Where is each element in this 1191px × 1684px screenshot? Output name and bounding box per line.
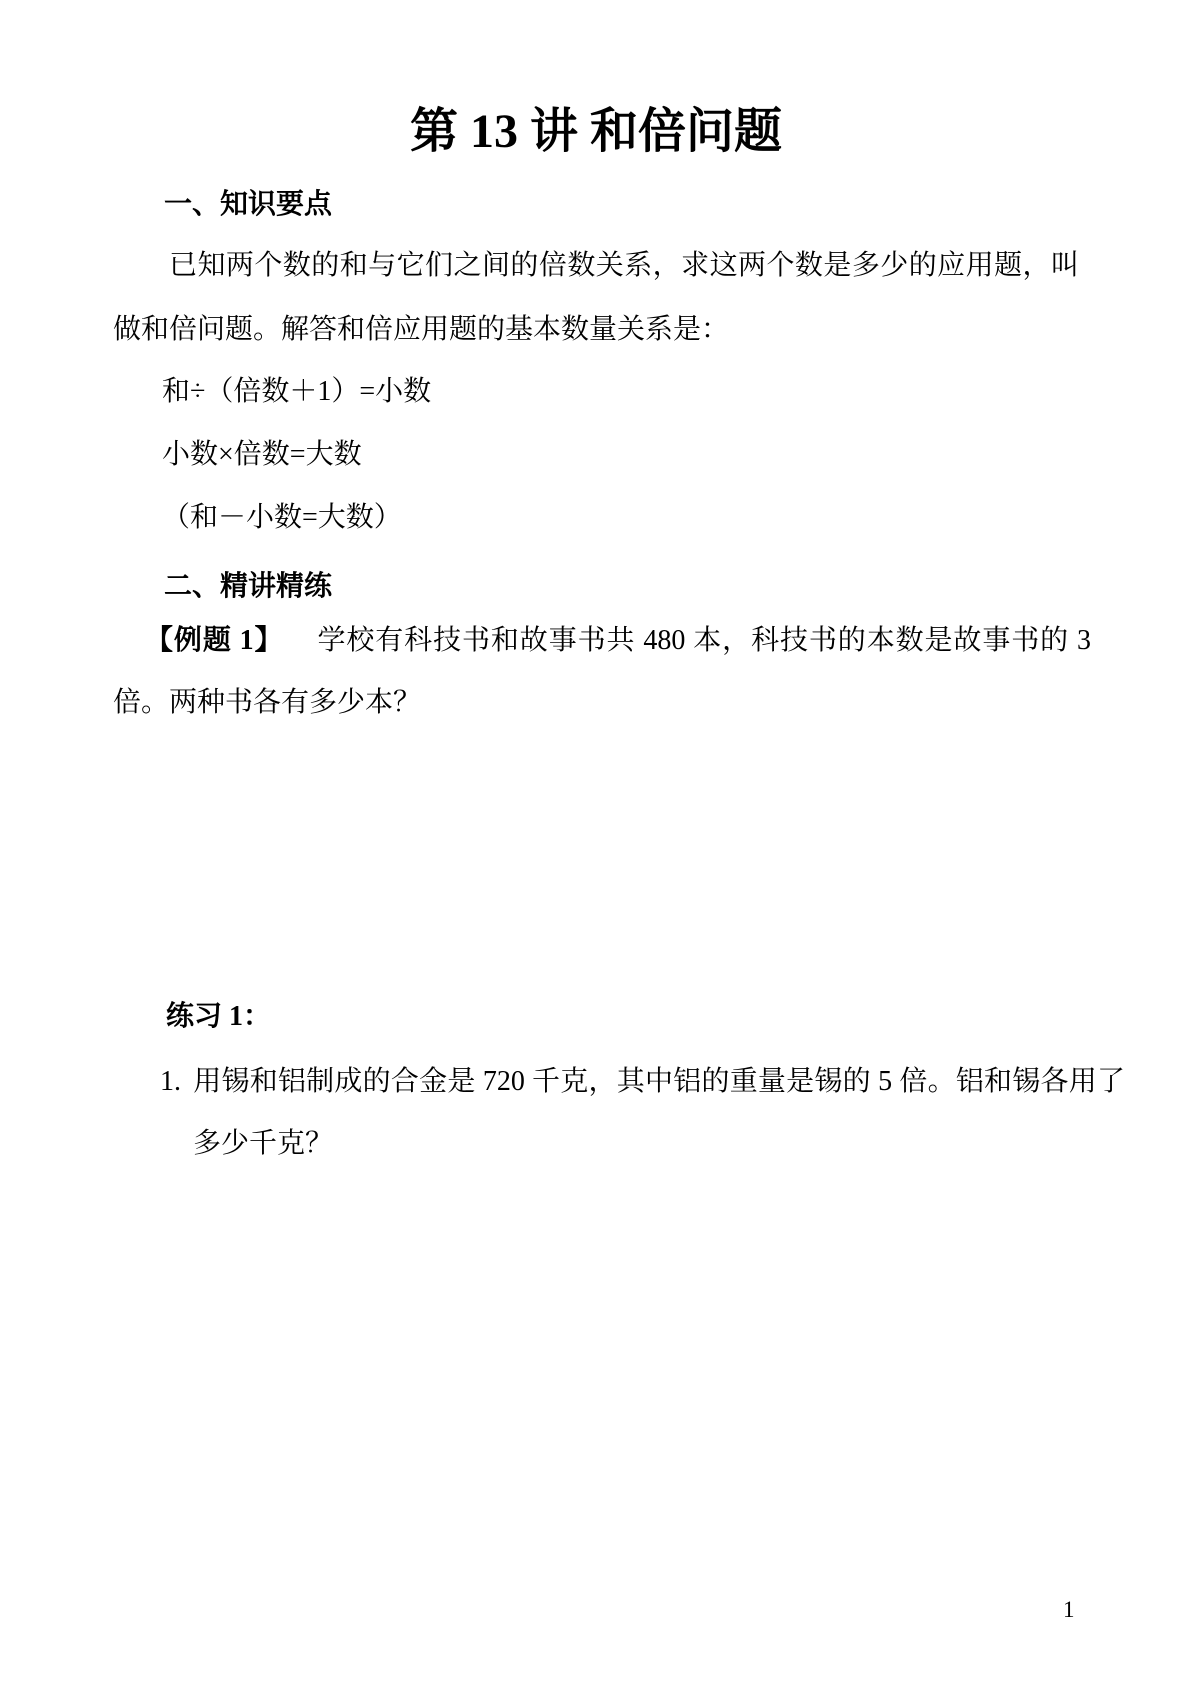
example1-paragraph: 【例题 1】学校有科技书和故事书共 480 本，科技书的本数是故事书的 3 倍。… <box>113 610 1091 734</box>
section-knowledge-heading: 一、知识要点 <box>164 188 332 222</box>
example1-label: 【例题 1】 <box>145 625 283 656</box>
exercise1-heading: 练习 1： <box>166 1000 271 1034</box>
exercise1-item: 1.用锡和铝制成的合金是 720 千克，其中铝的重量是锡的 5 倍。铝和锡各用了… <box>160 1051 1125 1175</box>
formula-line-1: 和÷（倍数＋1）=小数 <box>162 360 431 423</box>
formula-list: 和÷（倍数＋1）=小数 小数×倍数=大数 （和－小数=大数） <box>162 360 431 549</box>
exercise1-item-text: 用锡和铝制成的合金是 720 千克，其中铝的重量是锡的 5 倍。铝和锡各用了多少… <box>193 1066 1125 1159</box>
exercise1-item-number: 1. <box>160 1051 193 1113</box>
formula-line-2: 小数×倍数=大数 <box>162 423 431 486</box>
formula-line-3: （和－小数=大数） <box>162 486 431 549</box>
knowledge-intro-paragraph: 已知两个数的和与它们之间的倍数关系，求这两个数是多少的应用题，叫做和倍问题。解答… <box>113 234 1079 362</box>
document-page: 第 13 讲 和倍问题 一、知识要点 已知两个数的和与它们之间的倍数关系，求这两… <box>0 0 1191 1684</box>
document-title: 第 13 讲 和倍问题 <box>113 100 1079 164</box>
section-practice-heading: 二、精讲精练 <box>164 570 332 604</box>
page-number: 1 <box>1063 1596 1075 1624</box>
